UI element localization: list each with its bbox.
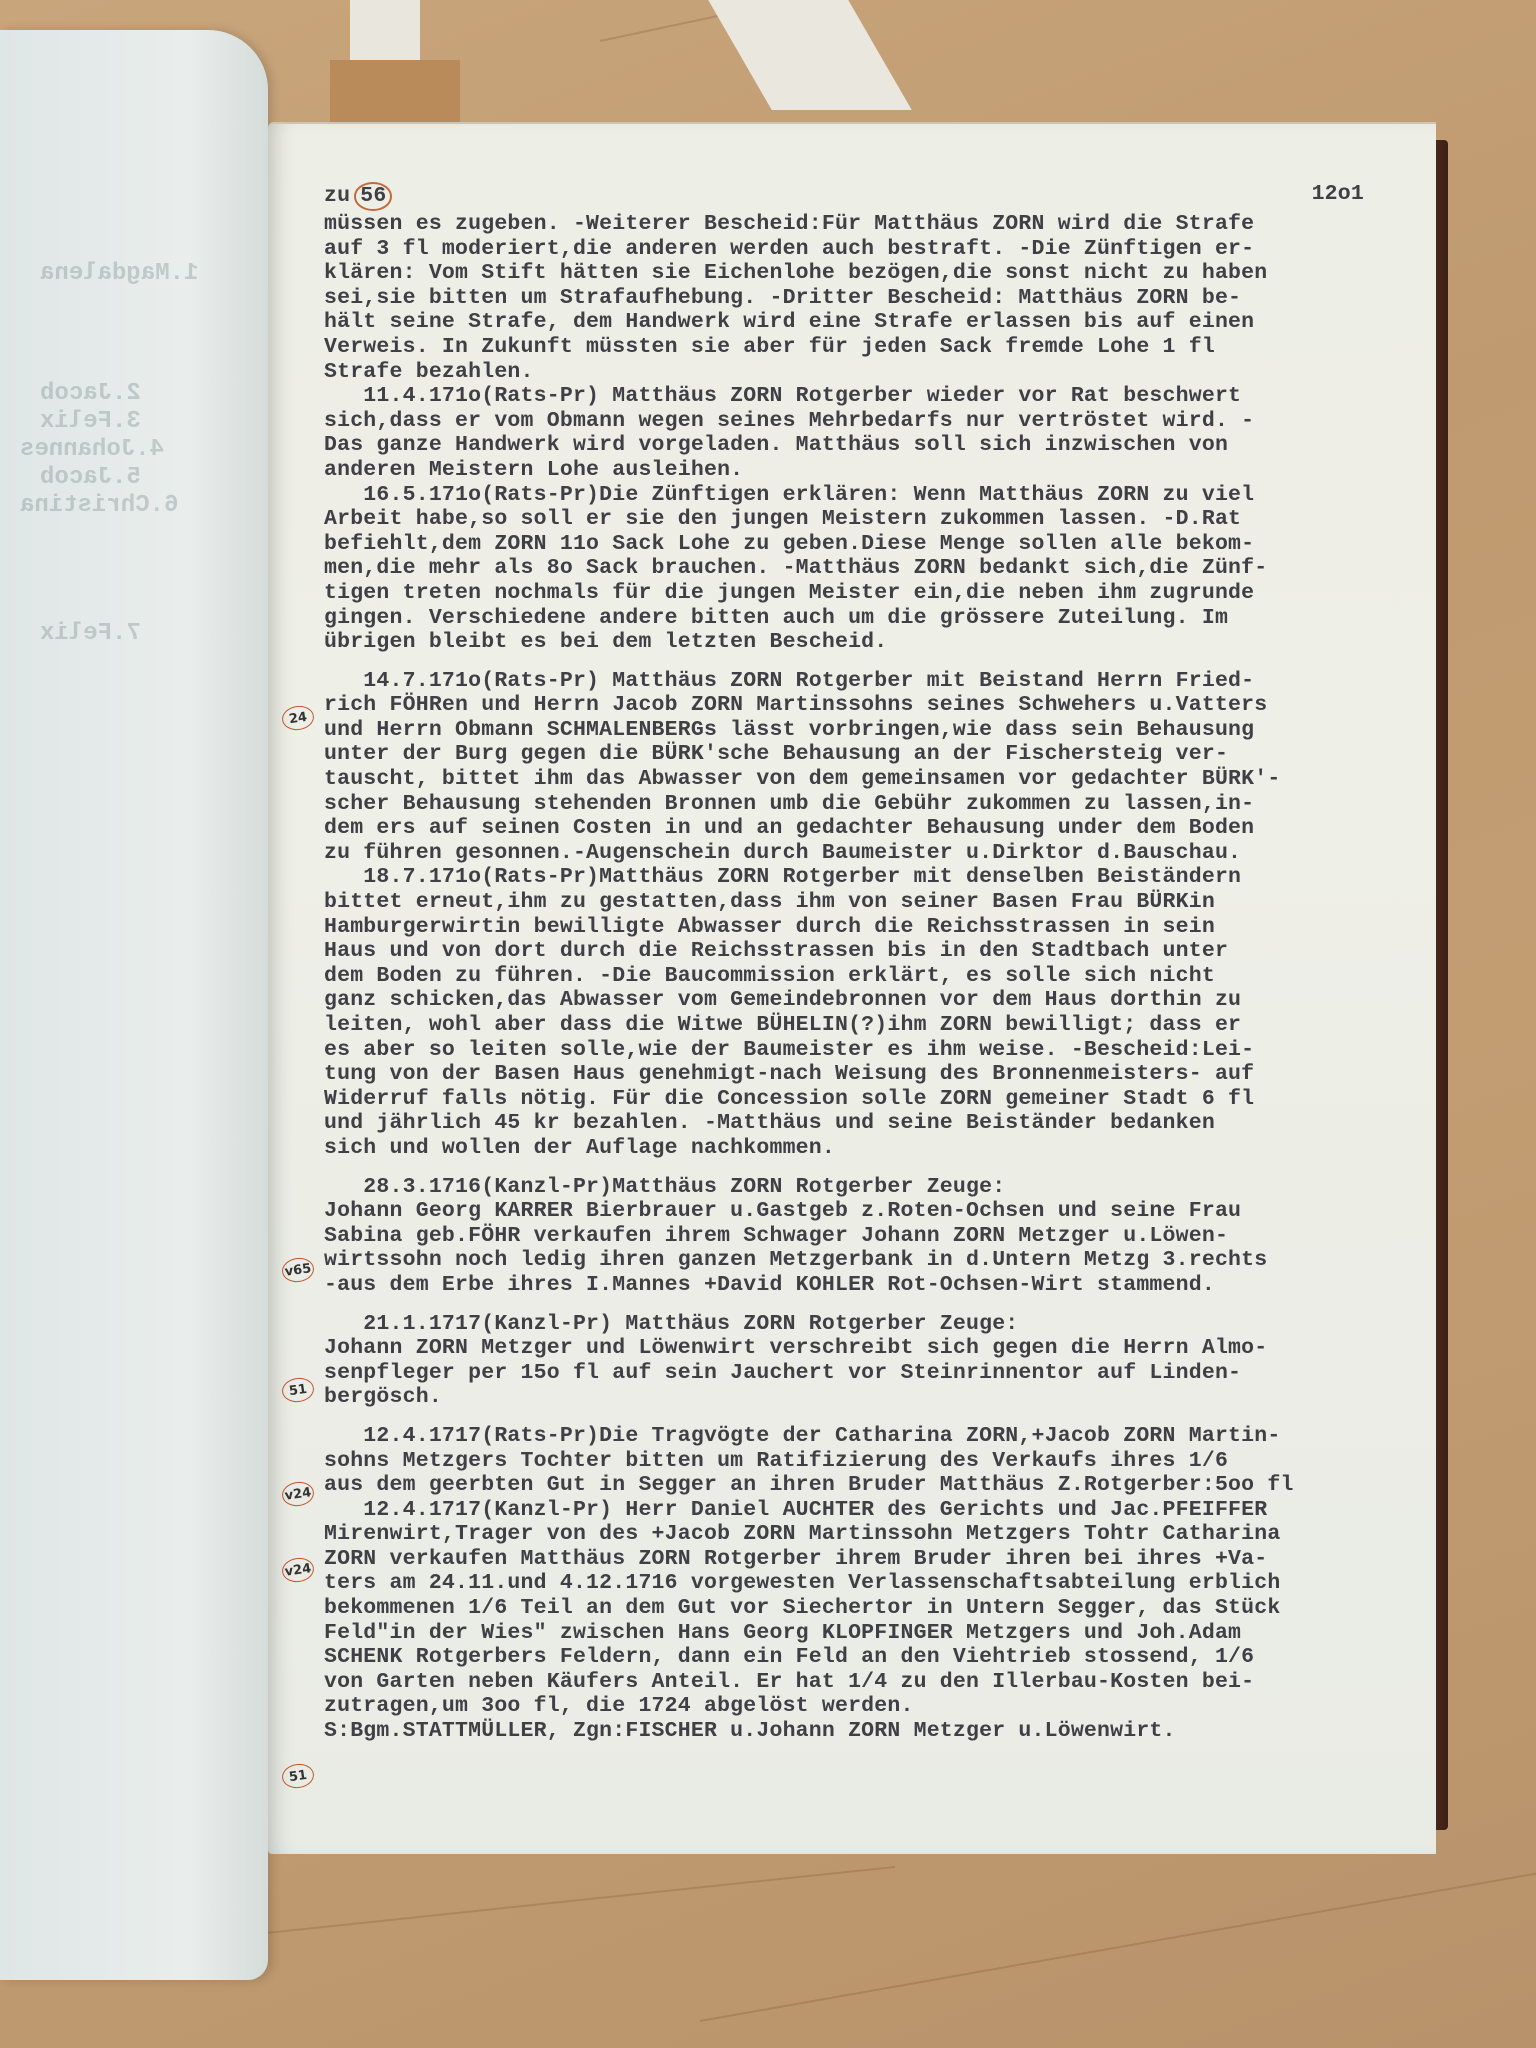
- text-line: [324, 1298, 1432, 1312]
- text-line: bergösch.: [324, 1385, 1432, 1410]
- text-line: [324, 655, 1432, 669]
- text-line: Hamburgerwirtin bewilligte Abwasser durc…: [324, 915, 1432, 940]
- document-page: 24 v65 51 v24 v24 51 zu56 12o1 müssen es…: [268, 122, 1436, 1854]
- margin-annotation: v24: [280, 1556, 315, 1584]
- paper-scrap: [708, 0, 912, 110]
- text-line: 12.4.1717(Kanzl-Pr) Herr Daniel AUCHTER …: [324, 1498, 1432, 1523]
- text-line: scher Behausung stehenden Bronnen umb di…: [324, 792, 1432, 817]
- bleed-text: 3.Felix: [40, 408, 141, 435]
- text-line: tigen treten nochmals für die jungen Mei…: [324, 581, 1432, 606]
- header-prefix: zu: [324, 184, 350, 208]
- margin-annotation: 51: [280, 1762, 315, 1790]
- margin-annotation: 24: [280, 704, 315, 732]
- text-line: anderen Meistern Lohe ausleihen.: [324, 458, 1432, 483]
- table-grain: [700, 1864, 1536, 2022]
- text-line: dem Boden zu führen. -Die Baucommission …: [324, 964, 1432, 989]
- header-reference: zu56: [324, 182, 392, 212]
- text-line: Mirenwirt,Trager von des +Jacob ZORN Mar…: [324, 1522, 1432, 1547]
- text-line: zutragen,um 3oo fl, die 1724 abgelöst we…: [324, 1694, 1432, 1719]
- text-line: hält seine Strafe, dem Handwerk wird ein…: [324, 310, 1432, 335]
- text-line: senpfleger per 15o fl auf sein Jauchert …: [324, 1361, 1432, 1386]
- bleed-text: 6.Christina: [20, 492, 178, 519]
- text-line: zu führen gesonnen.-Augenschein durch Ba…: [324, 841, 1432, 866]
- bleed-text: 4.Johannes: [20, 436, 164, 463]
- text-line: ganz schicken,das Abwasser vom Gemeindeb…: [324, 988, 1432, 1013]
- table-grain: [600, 0, 1285, 42]
- text-line: 16.5.171o(Rats-Pr)Die Zünftigen erklären…: [324, 483, 1432, 508]
- text-line: es aber so leiten solle,wie der Baumeist…: [324, 1038, 1432, 1063]
- text-line: ters am 24.11.und 4.12.1716 vorgewesten …: [324, 1571, 1432, 1596]
- bleed-text: 7.Felix: [40, 620, 141, 647]
- tape-scrap: [330, 60, 460, 130]
- text-line: 21.1.1717(Kanzl-Pr) Matthäus ZORN Rotger…: [324, 1312, 1432, 1337]
- document-body: zu56 12o1 müssen es zugeben. -Weiterer B…: [324, 182, 1432, 1744]
- text-line: tung von der Basen Haus genehmigt-nach W…: [324, 1062, 1432, 1087]
- margin-annotation: v24: [280, 1480, 315, 1508]
- text-line: SCHENK Rotgerbers Feldern, dann ein Feld…: [324, 1645, 1432, 1670]
- text-line: gingen. Verschiedene andere bitten auch …: [324, 606, 1432, 631]
- text-line: sei,sie bitten um Strafaufhebung. -Dritt…: [324, 286, 1432, 311]
- text-line: [324, 1161, 1432, 1175]
- text-line: Strafe bezahlen.: [324, 360, 1432, 385]
- text-line: leiten, wohl aber dass die Witwe BÜHELIN…: [324, 1013, 1432, 1038]
- text-line: Haus und von dort durch die Reichsstrass…: [324, 939, 1432, 964]
- text-line: Sabina geb.FÖHR verkaufen ihrem Schwager…: [324, 1224, 1432, 1249]
- text-line: -aus dem Erbe ihres I.Mannes +David KOHL…: [324, 1273, 1432, 1298]
- text-lines: müssen es zugeben. -Weiterer Bescheid:Fü…: [324, 212, 1432, 1744]
- text-line: Johann Georg KARRER Bierbrauer u.Gastgeb…: [324, 1199, 1432, 1224]
- text-line: bittet erneut,ihm zu gestatten,dass ihm …: [324, 890, 1432, 915]
- text-line: tauscht, bittet ihm das Abwasser von dem…: [324, 767, 1432, 792]
- text-line: und Herrn Obmann SCHMALENBERGs lässt vor…: [324, 718, 1432, 743]
- left-page: 1.Magdalena 2.Jacob 3.Felix 4.Johannes 5…: [0, 30, 268, 1980]
- text-line: Verweis. In Zukunft müssten sie aber für…: [324, 335, 1432, 360]
- bleed-text: 1.Magdalena: [40, 260, 198, 287]
- text-line: übrigen bleibt es bei dem letzten Besche…: [324, 630, 1432, 655]
- text-line: dem ers auf seinen Costen in und an geda…: [324, 816, 1432, 841]
- text-line: Arbeit habe,so soll er sie den jungen Me…: [324, 507, 1432, 532]
- page-header: zu56 12o1: [324, 182, 1364, 212]
- page-number: 12o1: [1312, 182, 1364, 212]
- bleed-text: 5.Jacob: [40, 464, 141, 491]
- text-line: 28.3.1716(Kanzl-Pr)Matthäus ZORN Rotgerb…: [324, 1175, 1432, 1200]
- text-line: sich,dass er vom Obmann wegen seines Meh…: [324, 409, 1432, 434]
- bleed-text: 2.Jacob: [40, 380, 141, 407]
- text-line: 12.4.1717(Rats-Pr)Die Tragvögte der Cath…: [324, 1424, 1432, 1449]
- text-line: bekommenen 1/6 Teil an dem Gut vor Siech…: [324, 1596, 1432, 1621]
- text-line: Johann ZORN Metzger und Löwenwirt versch…: [324, 1336, 1432, 1361]
- margin-annotation: v65: [280, 1256, 315, 1284]
- text-line: Feld"in der Wies" zwischen Hans Georg KL…: [324, 1621, 1432, 1646]
- text-line: rich FÖHRen und Herrn Jacob ZORN Martins…: [324, 693, 1432, 718]
- text-line: klären: Vom Stift hätten sie Eichenlohe …: [324, 261, 1432, 286]
- text-line: ZORN verkaufen Matthäus ZORN Rotgerber i…: [324, 1547, 1432, 1572]
- text-line: von Garten neben Käufers Anteil. Er hat …: [324, 1670, 1432, 1695]
- text-line: befiehlt,dem ZORN 11o Sack Lohe zu geben…: [324, 532, 1432, 557]
- text-line: sohns Metzgers Tochter bitten um Ratifiz…: [324, 1449, 1432, 1474]
- text-line: aus dem geerbten Gut in Segger an ihren …: [324, 1473, 1432, 1498]
- text-line: [324, 1410, 1432, 1424]
- margin-annotation: 51: [280, 1376, 315, 1404]
- text-line: men,die mehr als 8o Sack brauchen. -Matt…: [324, 556, 1432, 581]
- circled-reference: 56: [354, 182, 392, 211]
- text-line: auf 3 fl moderiert,die anderen werden au…: [324, 237, 1432, 262]
- text-line: und jährlich 45 kr bezahlen. -Matthäus u…: [324, 1111, 1432, 1136]
- text-line: Das ganze Handwerk wird vorgeladen. Matt…: [324, 433, 1432, 458]
- text-line: 11.4.171o(Rats-Pr) Matthäus ZORN Rotgerb…: [324, 384, 1432, 409]
- text-line: S:Bgm.STATTMÜLLER, Zgn:FISCHER u.Johann …: [324, 1719, 1432, 1744]
- text-line: sich und wollen der Auflage nachkommen.: [324, 1136, 1432, 1161]
- text-line: wirtssohn noch ledig ihren ganzen Metzge…: [324, 1248, 1432, 1273]
- text-line: müssen es zugeben. -Weiterer Bescheid:Fü…: [324, 212, 1432, 237]
- text-line: 14.7.171o(Rats-Pr) Matthäus ZORN Rotgerb…: [324, 669, 1432, 694]
- text-line: 18.7.171o(Rats-Pr)Matthäus ZORN Rotgerbe…: [324, 865, 1432, 890]
- text-line: unter der Burg gegen die BÜRK'sche Behau…: [324, 742, 1432, 767]
- text-line: Widerruf falls nötig. Für die Concession…: [324, 1087, 1432, 1112]
